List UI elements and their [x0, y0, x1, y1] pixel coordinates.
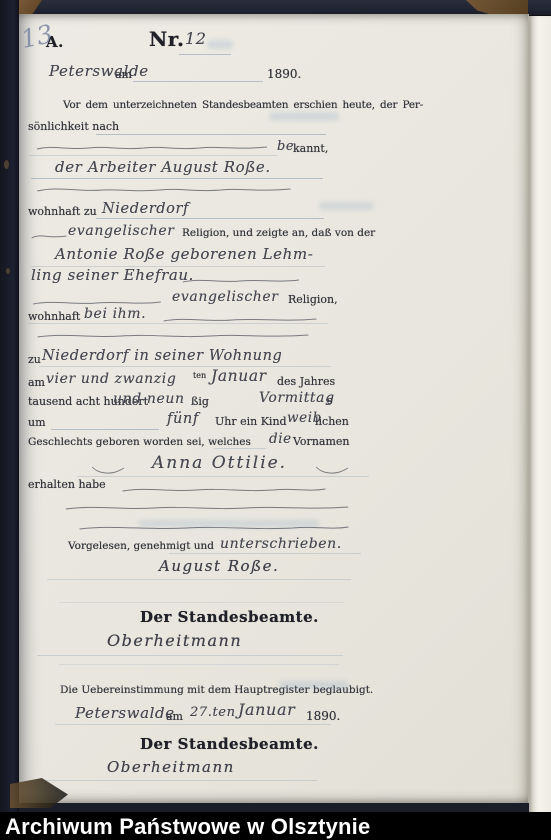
blank-field-rule	[59, 664, 339, 665]
blank-field-rule	[37, 655, 343, 656]
strikeout-squiggle	[119, 484, 329, 494]
year-suffix-print: ßig	[191, 396, 209, 407]
blank-field-rule	[169, 553, 361, 554]
strikeout-squiggle	[33, 184, 295, 194]
strikeout-squiggle	[181, 275, 301, 285]
known-print: kannt,	[293, 143, 328, 154]
cover-wear-speck	[4, 160, 9, 169]
certification-month-handwritten: Januar	[238, 702, 295, 718]
blank-field-rule	[37, 780, 317, 781]
date-am-print: am	[28, 377, 45, 388]
header-year: 1890.	[267, 68, 301, 80]
blank-field-rule	[96, 134, 326, 135]
blank-field-rule	[179, 54, 231, 55]
known-handwritten: be	[277, 140, 294, 153]
residence-label: wohnhaft zu	[28, 206, 97, 217]
year-handwritten: und neun	[113, 392, 185, 406]
strikeout-squiggle	[33, 330, 313, 340]
blank-field-rule	[55, 724, 331, 725]
record-number-label: Nr.	[149, 29, 184, 49]
received-print: erhalten habe	[28, 479, 106, 490]
blank-field-rule	[51, 429, 159, 430]
date-ten-print: ten	[193, 372, 206, 380]
blank-field-rule	[59, 602, 344, 603]
adjacent-page-edge	[529, 16, 551, 812]
blank-field-rule	[133, 81, 263, 82]
record-number-value: 12	[185, 31, 207, 47]
strikeout-squiggle	[33, 142, 271, 152]
blank-field-rule	[214, 448, 266, 449]
sex-line-print: Geschlechts geboren worden sei, welches	[28, 437, 251, 448]
header-am-label: am	[115, 69, 132, 80]
religion2-print: Religion,	[288, 294, 338, 305]
closing-print: Vorgelesen, genehmigt und	[68, 541, 214, 552]
date-day-handwritten: vier und zwanzig	[46, 372, 176, 386]
hour-handwritten: fünf	[167, 412, 199, 427]
certification-am-print: am	[166, 711, 183, 722]
birthplace-print: zu	[28, 354, 41, 365]
date-month-handwritten: Januar	[211, 369, 267, 385]
religion2-handwritten: evangelischer	[172, 290, 279, 304]
blank-field-rule	[47, 579, 351, 580]
vornamen-article-handwritten: die	[269, 433, 292, 447]
intro-line-2: sönlichkeit nach	[28, 121, 119, 132]
intro-line-1: Vor dem unterzeichneten Standesbeamten e…	[63, 100, 423, 111]
strikeout-squiggle	[61, 502, 353, 512]
closing-handwritten: unterschrieben.	[220, 537, 342, 551]
blank-field-rule	[29, 155, 277, 156]
header-place-handwritten: Peterswalde	[49, 64, 149, 79]
flourish-hook	[315, 464, 349, 474]
ink-bleed-ghost	[207, 40, 233, 49]
blank-field-rule	[96, 218, 324, 219]
archive-caption-bar: Archiwum Państwowe w Olsztynie	[0, 812, 551, 840]
blank-field-rule	[28, 323, 328, 324]
blank-field-rule	[77, 476, 369, 477]
mother-name-line-1: Antonie Roße geborenen Lehm-	[55, 247, 313, 262]
registrar-heading: Der Standesbeamte.	[140, 610, 319, 625]
archival-scan: 13 A. Nr. 12 Peterswalde am 1890. Vor de…	[0, 0, 551, 840]
ink-bleed-ghost	[319, 202, 374, 210]
declarant-name-handwritten: der Arbeiter August Roße.	[55, 160, 271, 175]
register-page: 13 A. Nr. 12 Peterswalde am 1890. Vor de…	[19, 14, 529, 803]
residence-handwritten: Niederdorf	[102, 202, 189, 217]
registrar-heading-2: Der Standesbeamte.	[140, 737, 319, 752]
time-of-day-handwritten: Vormittag	[259, 391, 335, 405]
date-year-intro-print: des Jahres	[277, 376, 335, 387]
religion-handwritten: evangelischer	[68, 224, 175, 238]
religion-print: Religion, und zeigte an, daß von der	[182, 228, 375, 239]
flourish-hook	[91, 464, 125, 474]
birthplace-handwritten: Niederdorf in seiner Wohnung	[42, 349, 282, 364]
certification-day-handwritten: 27.ten	[190, 706, 236, 719]
blank-field-rule	[31, 178, 323, 179]
mother-name-line-2: ling seiner Ehefrau.	[31, 268, 194, 283]
ink-bleed-ghost	[279, 681, 349, 689]
hour-um-print: um	[28, 417, 46, 428]
strikeout-squiggle	[31, 231, 67, 241]
cover-wear-speck	[6, 268, 10, 274]
ink-bleed-ghost	[139, 520, 319, 527]
ink-bleed-ghost	[269, 112, 339, 121]
certification-place-handwritten: Peterswalde	[75, 706, 175, 721]
certification-year-print: 1890.	[306, 710, 340, 722]
child-name-handwritten: Anna Ottilie.	[152, 455, 287, 472]
section-letter: A.	[46, 35, 64, 50]
archive-name: Archiwum Państwowe w Olsztynie	[5, 814, 370, 840]
residence2-handwritten: bei ihm.	[84, 307, 146, 321]
vornamen-print: Vornamen	[293, 436, 349, 447]
registrar-signature: Oberheitmann	[107, 633, 242, 649]
residence2-print: wohnhaft	[28, 311, 80, 322]
sex-suffix-print: lichen	[315, 416, 349, 427]
book-cover-left-edge	[0, 0, 19, 812]
declarant-signature: August Roße.	[159, 559, 279, 574]
registrar-signature-2: Oberheitmann	[107, 760, 235, 775]
uhr-kind-print: Uhr ein Kind	[215, 416, 287, 427]
time-s-print: s	[327, 395, 333, 406]
blank-field-rule	[39, 366, 331, 367]
